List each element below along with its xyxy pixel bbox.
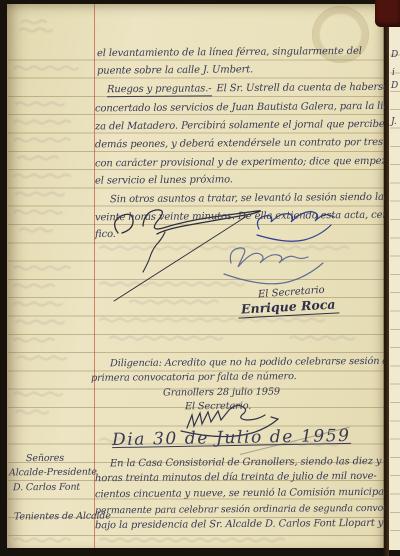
acta-line: veinte horas veinte minutos. De ella ext… xyxy=(95,209,397,225)
next-page-text-fragment: D xyxy=(391,50,398,60)
scanned-minutes-page-photo: el levantamiento de la línea férrea, sin… xyxy=(0,0,400,556)
acta-line: El Sr. Ustrell da cuenta de haberse xyxy=(216,81,388,96)
ruegos-y-preguntas-heading: Ruegos y preguntas.- xyxy=(107,82,212,97)
book-cover-corner xyxy=(375,0,400,27)
session-line: cientos cincuenta y nueve, se reunió la … xyxy=(95,486,387,502)
session-line: bajo la presidencia del Sr. Alcalde D. C… xyxy=(95,517,383,533)
session-line: horas treinta minutos del día treinta de… xyxy=(95,470,377,485)
next-page-text-fragment: i xyxy=(392,68,395,78)
acta-line: con carácter provisional y de experiment… xyxy=(95,155,400,171)
acta-line: el levantamiento de la línea férrea, sin… xyxy=(97,45,362,60)
next-page-ruled-lines xyxy=(390,37,400,547)
acta-line: fico. xyxy=(95,228,116,241)
diligencia-line: Diligencia: Acredito que no ha podido ce… xyxy=(110,355,394,370)
diligencia-place-date: Granollers 28 julio 1959 xyxy=(163,385,280,399)
session-line: En la Casa Consistorial de Granollers, s… xyxy=(110,455,400,471)
session-line: permanente para celebrar sesión ordinari… xyxy=(95,502,400,518)
acta-line-ruegos: Ruegos y preguntas.- El Sr. Ustrell da c… xyxy=(107,81,389,97)
acta-line: puente sobre la calle J. Umbert. xyxy=(97,63,253,77)
next-page-text-fragment: D xyxy=(391,81,398,91)
margin-note-alcalde-title: Alcalde-Presidente xyxy=(9,466,97,480)
acta-line: demás peones, y deberá extendérsele un c… xyxy=(95,136,400,152)
acta-line: concertado los servicios de Juan Bautist… xyxy=(95,100,400,116)
margin-note-tenientes: Tenientes de Alcalde xyxy=(14,510,111,524)
acta-line: za del Matadero. Percibirá solamente el … xyxy=(95,118,400,134)
session-date-heading: Dia 30 de Julio de 1959 xyxy=(112,430,351,448)
margin-note-senores: Señores xyxy=(26,452,64,465)
next-page-text-fragment: J. xyxy=(391,117,397,127)
acta-line: el servicio el lunes próximo. xyxy=(95,173,233,187)
diligencia-secretary-label: El Secretario. xyxy=(185,400,251,414)
diligencia-line: primera convocatoria por falta de número… xyxy=(91,370,297,385)
acta-line: Sin otros asuntos a tratar, se levantó l… xyxy=(110,191,389,206)
margin-note-alcalde-name: D. Carlos Font xyxy=(13,481,80,495)
